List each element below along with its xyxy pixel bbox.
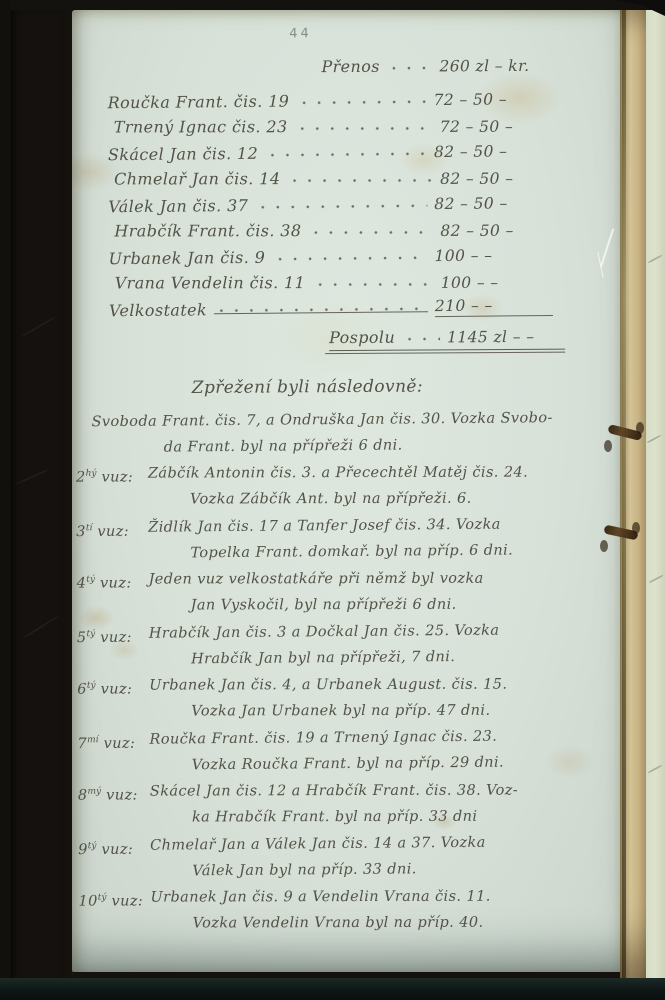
photo-frame-left (0, 0, 11, 1000)
dot-leader (255, 203, 427, 210)
carryover-label: Přenos (321, 57, 380, 76)
dot-leader (387, 65, 433, 70)
ordinal-suffix: mý (88, 787, 102, 797)
entry-line-2: Vozka Jan Urbanek byl na příp. 47 dni. (191, 697, 595, 724)
dot-leader (295, 126, 433, 131)
entry-line-2: Hrabčík Jan byl na přípřeži, 7 dni. (191, 643, 595, 673)
wagon-entry: 6tý vuz: Urbanek Jan čis. 4, a Urbanek A… (75, 671, 595, 724)
ghost-mark (20, 316, 56, 338)
dot-leader (287, 178, 433, 183)
ledger-row: Vrana Vendelin čis. 11 100 – – (115, 266, 559, 293)
entry-line-2: Vozka Vendelin Vrana byl na příp. 40. (193, 909, 597, 936)
entry-line-1: Židlík Jan čis. 17 a Tanfer Josef čis. 3… (148, 511, 594, 541)
wagon-entry: 2hý vuz: Zábčík Antonin čis. 3. a Přecec… (74, 459, 594, 512)
entry-line-1: Skácel Jan čis. 12 a Hrabčík Frant. čis.… (150, 777, 596, 804)
wagon-entry: 4tý vuz: Jeden vuz velkostatkáře při něm… (75, 565, 595, 618)
photo-frame-bottom (0, 978, 665, 1000)
ordinal-word: vuz: (104, 736, 136, 752)
entry-line-2: da Frant. byl na přípřeži 6 dni. (164, 431, 594, 461)
wagon-entry: 5tý vuz: Hrabčík Jan čis. 3 a Dočkal Jan… (75, 617, 595, 674)
ordinal-number: 6 (77, 682, 87, 698)
ledger-row: Hrabčík Frant. čis. 38 82 – 50 – (114, 214, 558, 241)
ledger-row: Roučka Frant. čis. 19 72 – 50 – (107, 82, 551, 112)
ledger-row-name: Velkostatek (109, 300, 207, 320)
ledger-row: Trnený Ignac čis. 23 72 – 50 – (114, 110, 558, 137)
ordinal-number: 8 (78, 788, 88, 804)
ghost-mark (646, 434, 661, 443)
ledger-row-name: Skácel Jan čis. 12 (108, 144, 258, 164)
total-label: Pospolu (329, 328, 395, 347)
entry-line-1: Hrabčík Jan čis. 3 a Dočkal Jan čis. 25.… (149, 617, 595, 647)
entry-ordinal-label: 5tý vuz: (77, 621, 147, 651)
total-row: Pospolu 1145 zl – – (329, 323, 565, 351)
ordinal-word: vuz: (100, 575, 132, 591)
ledger-row-name: Chmelař Jan čis. 14 (114, 169, 280, 188)
ledger-row-amount: 72 – 50 – (434, 90, 552, 109)
dot-leader (265, 151, 427, 158)
ledger-photo: 44 Přenos 260 zl – kr. Roučka Frant. čis… (0, 0, 665, 1000)
ledger-table: Roučka Frant. čis. 19 72 – 50 – Trnený I… (114, 83, 559, 320)
ordinal-word: vuz: (111, 893, 143, 909)
entry-line-1: Zábčík Antonin čis. 3. a Přecechtěl Matě… (148, 459, 594, 486)
ordinal-suffix: tý (98, 893, 107, 903)
entry-line-1: Urbanek Jan čis. 4, a Urbanek August. či… (149, 671, 595, 698)
wagon-entry: 7mí vuz: Roučka Frant. čis. 19 a Trnený … (75, 723, 595, 780)
dot-leader (402, 336, 440, 341)
ordinal-word: vuz: (97, 524, 129, 540)
page-crease (622, 8, 626, 980)
ordinal-word: vuz: (101, 469, 133, 485)
next-page-sliver (646, 8, 665, 980)
entry-list: Svoboda Frant. čis. 7, a Ondruška Jan či… (73, 405, 596, 937)
ordinal-suffix: tý (88, 841, 97, 851)
ledger-row-name: Trnený Ignac čis. 23 (114, 117, 288, 136)
entry-line-1: Urbanek Jan čis. 9 a Vendelin Vrana čis.… (150, 883, 596, 910)
ledger-row: Urbanek Jan čis. 9 100 – – (108, 238, 552, 268)
wagon-entry: Svoboda Frant. čis. 7, a Ondruška Jan či… (73, 405, 593, 462)
entry-ordinal-label: 7mí vuz: (77, 727, 147, 757)
ordinal-word: vuz: (101, 681, 133, 697)
entry-line-2: Vozka Roučka Frant. byl na příp. 29 dni. (192, 749, 596, 779)
ledger-row: Chmelař Jan čis. 14 82 – 50 – (114, 162, 558, 189)
ordinal-suffix: tý (86, 575, 95, 585)
ordinal-number: 5 (77, 630, 87, 646)
photo-frame-top (0, 0, 665, 10)
dot-leader (296, 99, 426, 105)
entry-ordinal-label: 8mý vuz: (78, 779, 148, 809)
ledger-row-name: Válek Jan čis. 37 (108, 196, 248, 216)
ordinal-suffix: tý (86, 629, 95, 639)
ordinal-number: 7 (77, 736, 87, 752)
book-binding-edge (10, 6, 74, 988)
entry-line-2: Válek Jan byl na příp. 33 dni. (192, 855, 596, 885)
entry-line-2: Jan Vyskočil, byl na přípřeži 6 dni. (191, 591, 595, 618)
ordinal-suffix: tí (86, 523, 93, 533)
entry-line-2: Vozka Zábčík Ant. byl na přípřeži. 6. (190, 485, 594, 512)
ordinal-suffix: hý (86, 469, 97, 479)
ordinal-number: 3 (76, 524, 86, 540)
ghost-mark (647, 764, 662, 773)
ledger-row: Velkostatek 210 – – (109, 290, 553, 320)
entry-line-2: ka Hrabčík Frant. byl na příp. 33 dni (192, 803, 596, 830)
manuscript-page: 44 Přenos 260 zl – kr. Roučka Frant. čis… (72, 10, 624, 972)
carryover-row: Přenos 260 zl – kr. (321, 51, 557, 76)
entry-ordinal-label: 2hý vuz: (76, 461, 146, 491)
entry-line-1: Roučka Frant. čis. 19 a Trnený Ignac čis… (149, 723, 595, 753)
ledger-row: Válek Jan čis. 37 82 – 50 – (108, 186, 552, 216)
ledger-row-name: Hrabčík Frant. čis. 38 (114, 221, 301, 240)
ledger-row-amount: 210 – – (435, 296, 553, 317)
stitch-hole (632, 522, 640, 534)
ghost-mark (15, 469, 49, 485)
entry-ordinal-label: 4tý vuz: (77, 567, 147, 597)
stitch-hole (636, 422, 644, 434)
ledger-row-name: Roučka Frant. čis. 19 (108, 92, 290, 113)
ordinal-word: vuz: (101, 842, 133, 858)
ghost-mark (648, 574, 663, 583)
entry-line-2: Topelka Frant. domkař. byl na příp. 6 dn… (190, 537, 594, 567)
ledger-row-amount: 82 – 50 – (434, 194, 552, 213)
wagon-entry: 9tý vuz: Chmelař Jan a Válek Jan čis. 14… (76, 829, 596, 886)
entry-line-1: Chmelař Jan a Válek Jan čis. 14 a 37. Vo… (150, 829, 596, 859)
total-amount: 1145 zl – – (447, 328, 565, 347)
ledger-row-name: Urbanek Jan čis. 9 (108, 248, 265, 269)
dot-leader (308, 230, 433, 235)
stitch-hole (600, 540, 608, 552)
folio-number: 44 (289, 26, 312, 41)
ordinal-suffix: tý (87, 681, 96, 691)
ordinal-suffix: mí (87, 735, 99, 745)
entry-ordinal-label: 3tí vuz: (76, 515, 146, 545)
wagon-entry: 8mý vuz: Skácel Jan čis. 12 a Hrabčík Fr… (76, 777, 596, 830)
dot-leader (214, 305, 428, 314)
ghost-mark (647, 254, 662, 263)
ledger-row-name: Vrana Vendelin čis. 11 (115, 273, 306, 292)
stitch-hole (604, 440, 612, 452)
entry-ordinal-label: 10tý vuz: (78, 885, 148, 915)
dot-leader (272, 255, 427, 261)
entry-line-1: Jeden vuz velkostatkáře při němž byl voz… (149, 565, 595, 592)
entry-line-1: Svoboda Frant. čis. 7, a Ondruška Jan či… (91, 405, 593, 435)
ledger-row-amount: 82 – 50 – (434, 142, 552, 161)
section-heading: Zpřežení byli následovně: (71, 375, 623, 398)
handwritten-content: 44 Přenos 260 zl – kr. Roučka Frant. čis… (69, 8, 627, 973)
entry-ordinal-label: 9tý vuz: (78, 833, 148, 863)
ledger-row: Skácel Jan čis. 12 82 – 50 – (108, 134, 552, 164)
ordinal-word: vuz: (106, 787, 138, 803)
entry-ordinal-label: 6tý vuz: (77, 673, 147, 703)
ordinal-number: 10 (79, 894, 98, 910)
ghost-mark (23, 615, 60, 639)
ordinal-number: 9 (78, 842, 88, 858)
wagon-entry: 3tí vuz: Židlík Jan čis. 17 a Tanfer Jos… (74, 511, 594, 568)
ordinal-number: 2 (76, 470, 86, 486)
ordinal-word: vuz: (100, 630, 132, 646)
ledger-row-amount: 100 – – (434, 246, 552, 265)
carryover-amount: 260 zl – kr. (439, 57, 557, 76)
wagon-entry: 10tý vuz: Urbanek Jan čis. 9 a Vendelin … (76, 883, 596, 936)
dot-leader (312, 282, 434, 287)
ordinal-number: 4 (77, 576, 87, 592)
